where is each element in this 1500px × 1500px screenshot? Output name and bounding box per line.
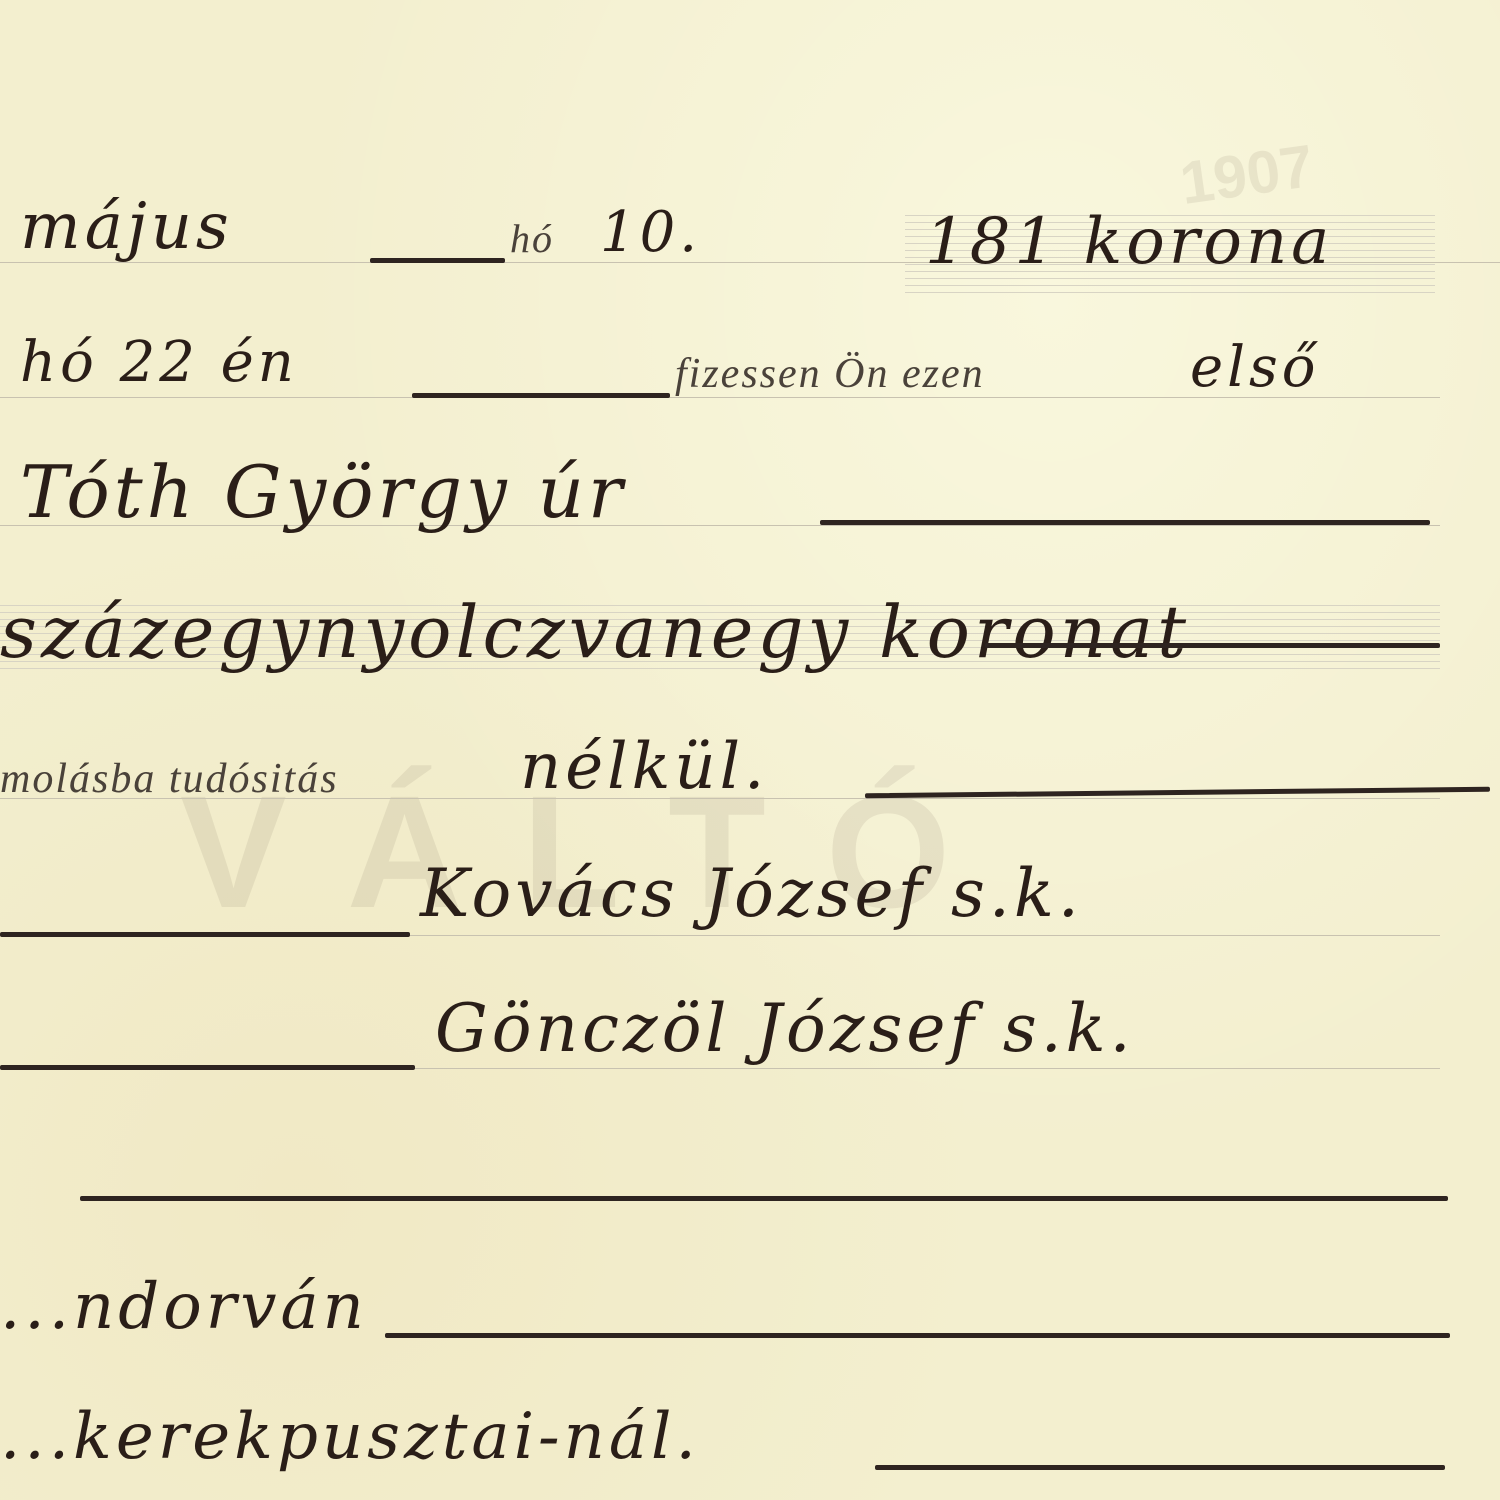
location-handwritten: ...kerekpusztai-nál. — [0, 1400, 700, 1474]
signature-1: Kovács József s.k. — [420, 855, 1083, 932]
signature-2: Gönczöl József s.k. — [435, 990, 1135, 1067]
printed-fizessen: fizessen Ön ezen — [675, 350, 985, 398]
fill-line — [80, 1196, 1448, 1201]
bill-of-exchange: VÁLTÓ 1907 május hó 10. 181 korona hó 22… — [0, 0, 1500, 1500]
fill-line — [875, 1465, 1445, 1470]
month-handwritten: május — [20, 190, 233, 264]
fill-line — [412, 393, 670, 398]
printed-tudositas: molásba tudósitás — [0, 755, 339, 803]
fill-line — [985, 643, 1440, 648]
printed-ho: hó — [510, 215, 554, 262]
order-handwritten: első — [1190, 335, 1320, 400]
amount-words-handwritten: százegynyolczvanegy koronat — [0, 590, 1190, 674]
fill-line — [370, 258, 505, 263]
fill-line — [820, 520, 1430, 525]
fill-line — [385, 1333, 1450, 1338]
amount-handwritten: 181 korona — [925, 205, 1333, 279]
date-handwritten: hó 22 én — [20, 330, 298, 395]
day-handwritten: 10. — [600, 200, 701, 265]
payee-handwritten: Tóth György úr — [20, 450, 626, 534]
fill-line — [0, 1065, 415, 1070]
place-handwritten: ...ndorván — [0, 1270, 368, 1344]
nelkul-handwritten: nélkül. — [520, 730, 768, 804]
fill-line — [0, 932, 410, 937]
